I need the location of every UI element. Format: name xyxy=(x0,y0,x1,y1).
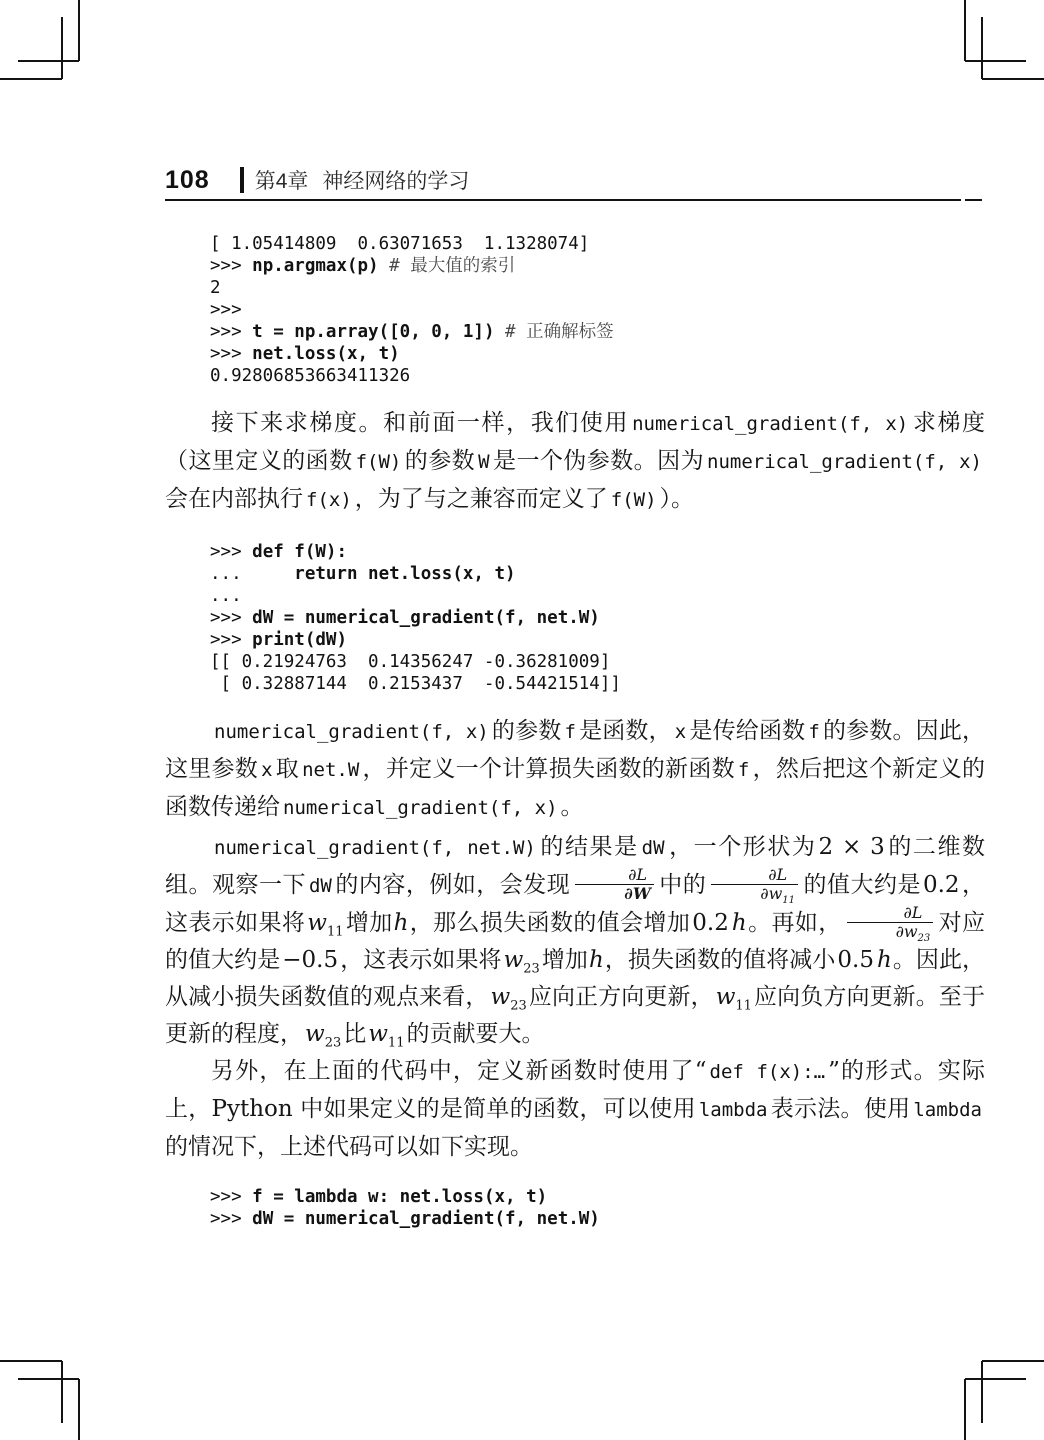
text-run: >>> xyxy=(210,542,252,562)
text-run: ，那么损失函数的值会增加 xyxy=(409,910,690,936)
crop-mark xyxy=(982,1360,1044,1362)
crop-mark xyxy=(981,17,983,79)
crop-mark xyxy=(18,1378,79,1380)
text-run: 的值大约是 xyxy=(803,872,921,898)
text-run: >>> xyxy=(210,1187,252,1207)
text-run: [ 1.05414809 0.63071653 1.1328074] xyxy=(210,234,589,254)
text-run: 会在内部执行 xyxy=(165,486,303,512)
inline-code: x xyxy=(261,759,272,781)
text-run: 0.5 xyxy=(837,947,874,973)
crop-mark xyxy=(981,1361,983,1423)
text-run: 比 xyxy=(343,1021,366,1047)
text-run: 应向正方向更新， xyxy=(529,984,714,1010)
text-run: 的参数 xyxy=(492,718,562,744)
crop-mark xyxy=(78,0,80,61)
code-line: ... xyxy=(210,585,985,607)
text-run: # 最大值的索引 xyxy=(389,256,515,276)
text-run: [ 0.32887144 0.2153437 -0.54421514]] xyxy=(210,674,621,694)
crop-mark xyxy=(61,17,63,79)
crop-mark xyxy=(78,1379,80,1440)
header-rule xyxy=(165,199,985,201)
inline-code: dW xyxy=(642,837,665,859)
inline-code: lambda xyxy=(699,1099,768,1121)
header-divider-bar xyxy=(240,167,244,193)
code-line: [ 0.32887144 0.2153437 -0.54421514]] xyxy=(210,673,985,695)
paragraph-gradient-intro: 接下来求梯度。和前面一样，我们使用numerical_gradient(f, x… xyxy=(165,405,985,519)
text-run: # 正确解标签 xyxy=(505,322,614,342)
text-run: def f(W): xyxy=(252,542,347,562)
text-run: 的参数 xyxy=(404,448,475,474)
text-run: 2 xyxy=(210,278,221,298)
paragraph-lambda-note: 另外，在上面的代码中，定义新函数时使用了“def f(x):…”的形式。实际上，… xyxy=(165,1053,985,1166)
text-run: h xyxy=(394,910,409,936)
math-fraction: ∂L∂w23 xyxy=(847,904,934,940)
code-line: >>> np.argmax(p) # 最大值的索引 xyxy=(210,255,985,277)
crop-mark xyxy=(964,0,966,61)
page-content: 108 第4章 神经网络的学习 [ 1.05414809 0.63071653 … xyxy=(165,166,985,1230)
text-run: ，一个形状为 xyxy=(668,834,817,860)
text-run: 增加 xyxy=(345,910,392,936)
text-run: 是传给函数 xyxy=(689,718,805,744)
code-line: >>> net.loss(x, t) xyxy=(210,343,985,365)
code-line: >>> def f(W): xyxy=(210,541,985,563)
code-line: 2 xyxy=(210,277,985,299)
code-block-lambda: >>> f = lambda w: net.loss(x, t)>>> dW =… xyxy=(210,1186,985,1230)
inline-code: numerical_gradient(f, x) xyxy=(707,451,982,473)
inline-code: numerical_gradient(f, x) xyxy=(214,721,489,743)
text-run: f = lambda w: net.loss(x, t) xyxy=(252,1187,547,1207)
text-run: net.loss(x, t) xyxy=(252,344,400,364)
text-run: ... xyxy=(210,564,242,584)
inline-code: f xyxy=(808,721,819,743)
text-run: [[ 0.21924763 0.14356247 -0.36281009] xyxy=(210,652,610,672)
crop-mark xyxy=(18,60,79,62)
code-line: >>> print(dW) xyxy=(210,629,985,651)
text-run xyxy=(494,322,505,342)
book-page: 108 第4章 神经网络的学习 [ 1.05414809 0.63071653 … xyxy=(0,0,1044,1440)
chapter-title: 神经网络的学习 xyxy=(322,165,469,195)
math-symbol: w11 xyxy=(307,910,343,936)
inline-code: numerical_gradient(f, x) xyxy=(632,413,908,435)
inline-code: lambda xyxy=(913,1099,982,1121)
math-symbol: w23 xyxy=(491,984,527,1010)
page-number: 108 xyxy=(165,166,210,195)
header-rule-line xyxy=(165,199,961,201)
code-line: >>> f = lambda w: net.loss(x, t) xyxy=(210,1186,985,1208)
text-run: >>> xyxy=(210,1209,252,1229)
text-run: 取 xyxy=(276,756,300,782)
inline-code: W xyxy=(478,451,489,473)
crop-mark xyxy=(965,1378,1026,1380)
chapter-label: 第4章 xyxy=(255,165,309,195)
text-run: >>> xyxy=(210,322,252,342)
text-run: 0.2 xyxy=(692,910,729,936)
paragraph-dw-interpretation: numerical_gradient(f, net.W)的结果是dW，一个形状为… xyxy=(165,829,985,1053)
code-line: >>> dW = numerical_gradient(f, net.W) xyxy=(210,1208,985,1230)
crop-mark xyxy=(61,1361,63,1423)
crop-mark xyxy=(964,1379,966,1440)
text-run: ... xyxy=(210,586,242,606)
text-run: dW = numerical_gradient(f, net.W) xyxy=(252,1209,600,1229)
text-run: 是一个伪参数。因为 xyxy=(493,448,704,474)
code-line: >>> t = np.array([0, 0, 1]) # 正确解标签 xyxy=(210,321,985,343)
code-line: [ 1.05414809 0.63071653 1.1328074] xyxy=(210,233,985,255)
paragraph-numerical-gradient-args: numerical_gradient(f, x)的参数f是函数，x是传给函数f的… xyxy=(165,713,985,827)
text-run: ）。 xyxy=(660,486,695,512)
text-run: >>> xyxy=(210,300,242,320)
code-line: [[ 0.21924763 0.14356247 -0.36281009] xyxy=(210,651,985,673)
text-run: 另外，在上面的代码中，定义新函数时使用了“ xyxy=(211,1058,707,1084)
text-run: 。 xyxy=(561,794,584,820)
text-run: −0.5 xyxy=(282,947,338,973)
text-run: 2 × 3 xyxy=(818,834,884,860)
math-fraction: ∂L∂W xyxy=(575,866,654,902)
text-run: 的贡献要大。 xyxy=(406,1021,544,1047)
inline-code: def f(x):… xyxy=(710,1061,826,1083)
inline-code: f(W) xyxy=(356,451,402,473)
text-run: 表示法。使用 xyxy=(770,1096,910,1122)
code-line: 0.92806853663411326 xyxy=(210,365,985,387)
text-run: >>> xyxy=(210,256,252,276)
math-symbol: w11 xyxy=(716,984,752,1010)
text-run: ，损失函数的值将减小 xyxy=(605,947,836,973)
math-fraction: ∂L∂w11 xyxy=(711,866,798,902)
inline-code: x xyxy=(675,721,686,743)
text-run: 的结果是 xyxy=(539,834,639,860)
text-run: 增加 xyxy=(542,947,588,973)
math-symbol: w23 xyxy=(305,1021,341,1047)
inline-code: f(x) xyxy=(306,489,352,511)
running-head: 108 第4章 神经网络的学习 xyxy=(165,166,985,194)
text-run: h xyxy=(732,910,747,936)
text-run: >>> xyxy=(210,630,252,650)
text-run: >>> xyxy=(210,344,252,364)
inline-code: f xyxy=(738,759,749,781)
crop-mark xyxy=(965,60,1026,62)
inline-code: numerical_gradient(f, net.W) xyxy=(214,837,536,859)
text-run: return net.loss(x, t) xyxy=(242,564,516,584)
inline-code: f(W) xyxy=(611,489,657,511)
code-line: ... return net.loss(x, t) xyxy=(210,563,985,585)
crop-mark xyxy=(0,78,62,80)
text-run: ，这表示如果将 xyxy=(340,947,501,973)
inline-code: net.W xyxy=(302,759,359,781)
text-run: print(dW) xyxy=(252,630,347,650)
code-line: >>> dW = numerical_gradient(f, net.W) xyxy=(210,607,985,629)
text-run: h xyxy=(589,947,604,973)
text-run: 0.2 xyxy=(923,872,960,898)
text-run: ，并定义一个计算损失函数的新函数 xyxy=(362,756,735,782)
crop-mark xyxy=(0,1360,62,1362)
text-run: dW = numerical_gradient(f, net.W) xyxy=(252,608,600,628)
text-run: t = np.array([0, 0, 1]) xyxy=(252,322,494,342)
text-run: 的情况下，上述代码可以如下实现。 xyxy=(165,1134,533,1160)
inline-code: numerical_gradient(f, x) xyxy=(283,797,558,819)
text-run: >>> xyxy=(210,608,252,628)
text-run: 的内容，例如，会发现 xyxy=(335,872,570,898)
text-run: h xyxy=(877,947,892,973)
text-run: 。再如， xyxy=(748,910,842,936)
text-run: 是函数， xyxy=(579,718,672,744)
header-rule-dash xyxy=(965,199,982,201)
text-run: ，为了与之兼容而定义了 xyxy=(355,486,608,512)
text-run: 接下来求梯度。和前面一样，我们使用 xyxy=(211,410,629,436)
text-run: np.argmax(p) xyxy=(252,256,378,276)
text-run xyxy=(379,256,390,276)
text-run: 中的 xyxy=(659,872,706,898)
crop-mark xyxy=(982,78,1044,80)
code-block-def-f-gradient: >>> def f(W):... return net.loss(x, t)..… xyxy=(210,541,985,695)
math-symbol: w23 xyxy=(504,947,540,973)
math-symbol: w11 xyxy=(368,1021,404,1047)
code-line: >>> xyxy=(210,299,985,321)
inline-code: f xyxy=(564,721,575,743)
inline-code: dW xyxy=(309,875,332,897)
code-block-console-loss: [ 1.05414809 0.63071653 1.1328074]>>> np… xyxy=(210,233,985,387)
text-run: 0.92806853663411326 xyxy=(210,366,410,386)
